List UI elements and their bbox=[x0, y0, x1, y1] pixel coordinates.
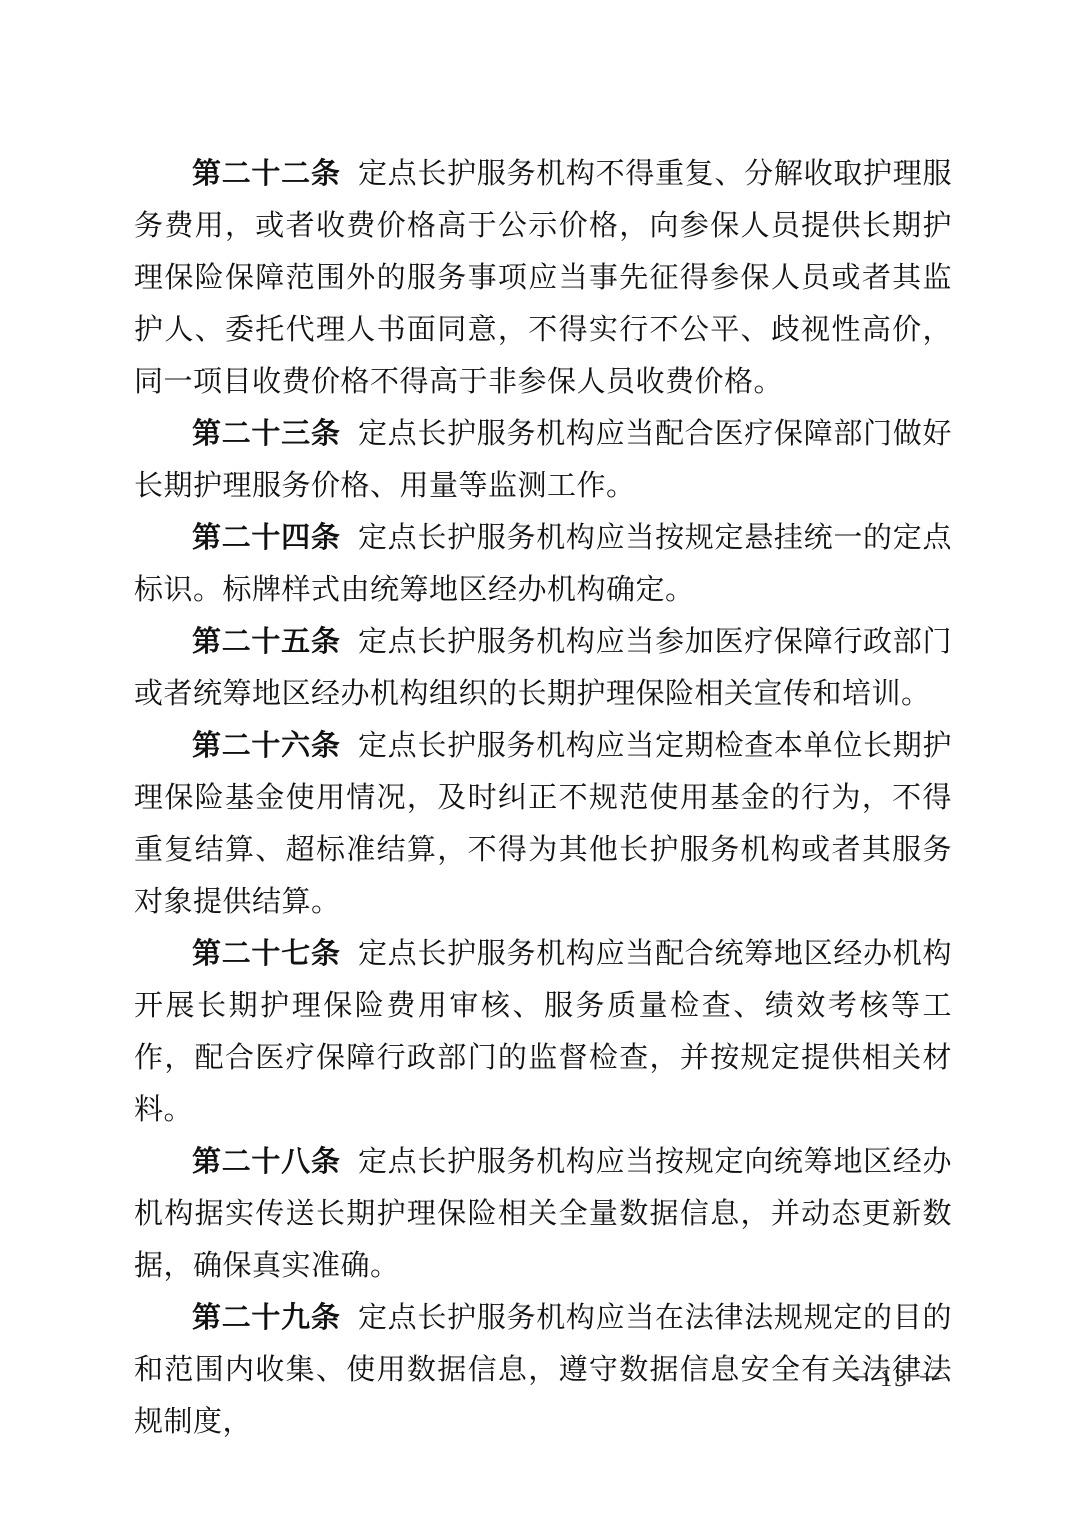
article-number: 第二十三条 bbox=[192, 418, 341, 450]
article-number: 第二十二条 bbox=[192, 158, 341, 190]
article-number: 第二十六条 bbox=[192, 730, 341, 762]
page-number: － 13 － bbox=[844, 1362, 944, 1396]
article-number: 第二十七条 bbox=[192, 938, 341, 970]
article-text: 定点长护服务机构不得重复、分解收取护理服务费用，或者收费价格高于公示价格，向参保… bbox=[134, 158, 952, 398]
article-number: 第二十五条 bbox=[192, 626, 341, 658]
article-paragraph: 第二十九条定点长护服务机构应当在法律法规规定的目的和范围内收集、使用数据信息，遵… bbox=[134, 1292, 952, 1448]
document-page: 第二十二条定点长护服务机构不得重复、分解收取护理服务费用，或者收费价格高于公示价… bbox=[0, 0, 1074, 1520]
article-paragraph: 第二十八条定点长护服务机构应当按规定向统筹地区经办机构据实传送长期护理保险相关全… bbox=[134, 1136, 952, 1292]
document-body: 第二十二条定点长护服务机构不得重复、分解收取护理服务费用，或者收费价格高于公示价… bbox=[134, 148, 952, 1448]
article-paragraph: 第二十五条定点长护服务机构应当参加医疗保障行政部门或者统筹地区经办机构组织的长期… bbox=[134, 616, 952, 720]
article-paragraph: 第二十三条定点长护服务机构应当配合医疗保障部门做好长期护理服务价格、用量等监测工… bbox=[134, 408, 952, 512]
article-paragraph: 第二十七条定点长护服务机构应当配合统筹地区经办机构开展长期护理保险费用审核、服务… bbox=[134, 928, 952, 1136]
article-number: 第二十八条 bbox=[192, 1146, 341, 1178]
article-number: 第二十四条 bbox=[192, 522, 341, 554]
article-paragraph: 第二十四条定点长护服务机构应当按规定悬挂统一的定点标识。标牌样式由统筹地区经办机… bbox=[134, 512, 952, 616]
article-number: 第二十九条 bbox=[192, 1302, 341, 1334]
article-paragraph: 第二十六条定点长护服务机构应当定期检查本单位长期护理保险基金使用情况，及时纠正不… bbox=[134, 720, 952, 928]
article-paragraph: 第二十二条定点长护服务机构不得重复、分解收取护理服务费用，或者收费价格高于公示价… bbox=[134, 148, 952, 408]
